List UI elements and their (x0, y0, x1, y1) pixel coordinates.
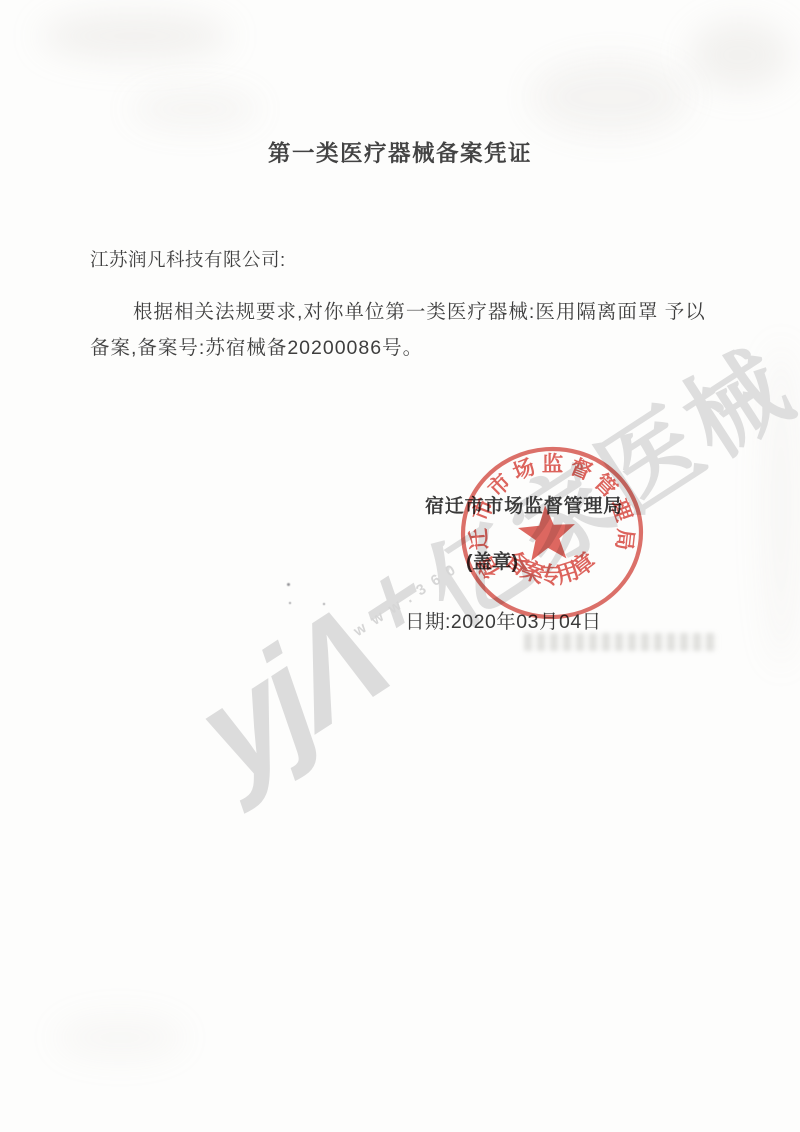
official-stamp: 宿迁市市场监督管理局 备案专用章 (449, 434, 655, 631)
body-paragraph-line-2: 备案,备案号:苏宿械备20200086号。 (90, 337, 423, 359)
scan-artifact (762, 340, 800, 670)
watermark-logo: yjΛ⁺ (190, 540, 448, 812)
scan-artifact (530, 58, 690, 136)
ink-speck (323, 603, 325, 605)
ink-speck (287, 583, 290, 586)
scan-artifact (524, 633, 719, 651)
scan-artifact (40, 12, 230, 60)
scan-artifact (55, 1015, 185, 1060)
body-paragraph-line-1: 根据相关法规要求,对你单位第一类医疗器械:医用隔离面罩 予以 (133, 301, 706, 323)
ink-speck (289, 602, 291, 604)
document-title: 第一类医疗器械备案凭证 (0, 141, 800, 167)
scan-artifact (690, 20, 790, 90)
scan-artifact (130, 88, 260, 130)
addressee-line: 江苏润凡科技有限公司: (90, 249, 286, 270)
certificate-page: yjΛ⁺ 亿家医械 www.360 第一类医疗器械备案凭证 江苏润凡科技有限公司… (0, 0, 800, 1132)
